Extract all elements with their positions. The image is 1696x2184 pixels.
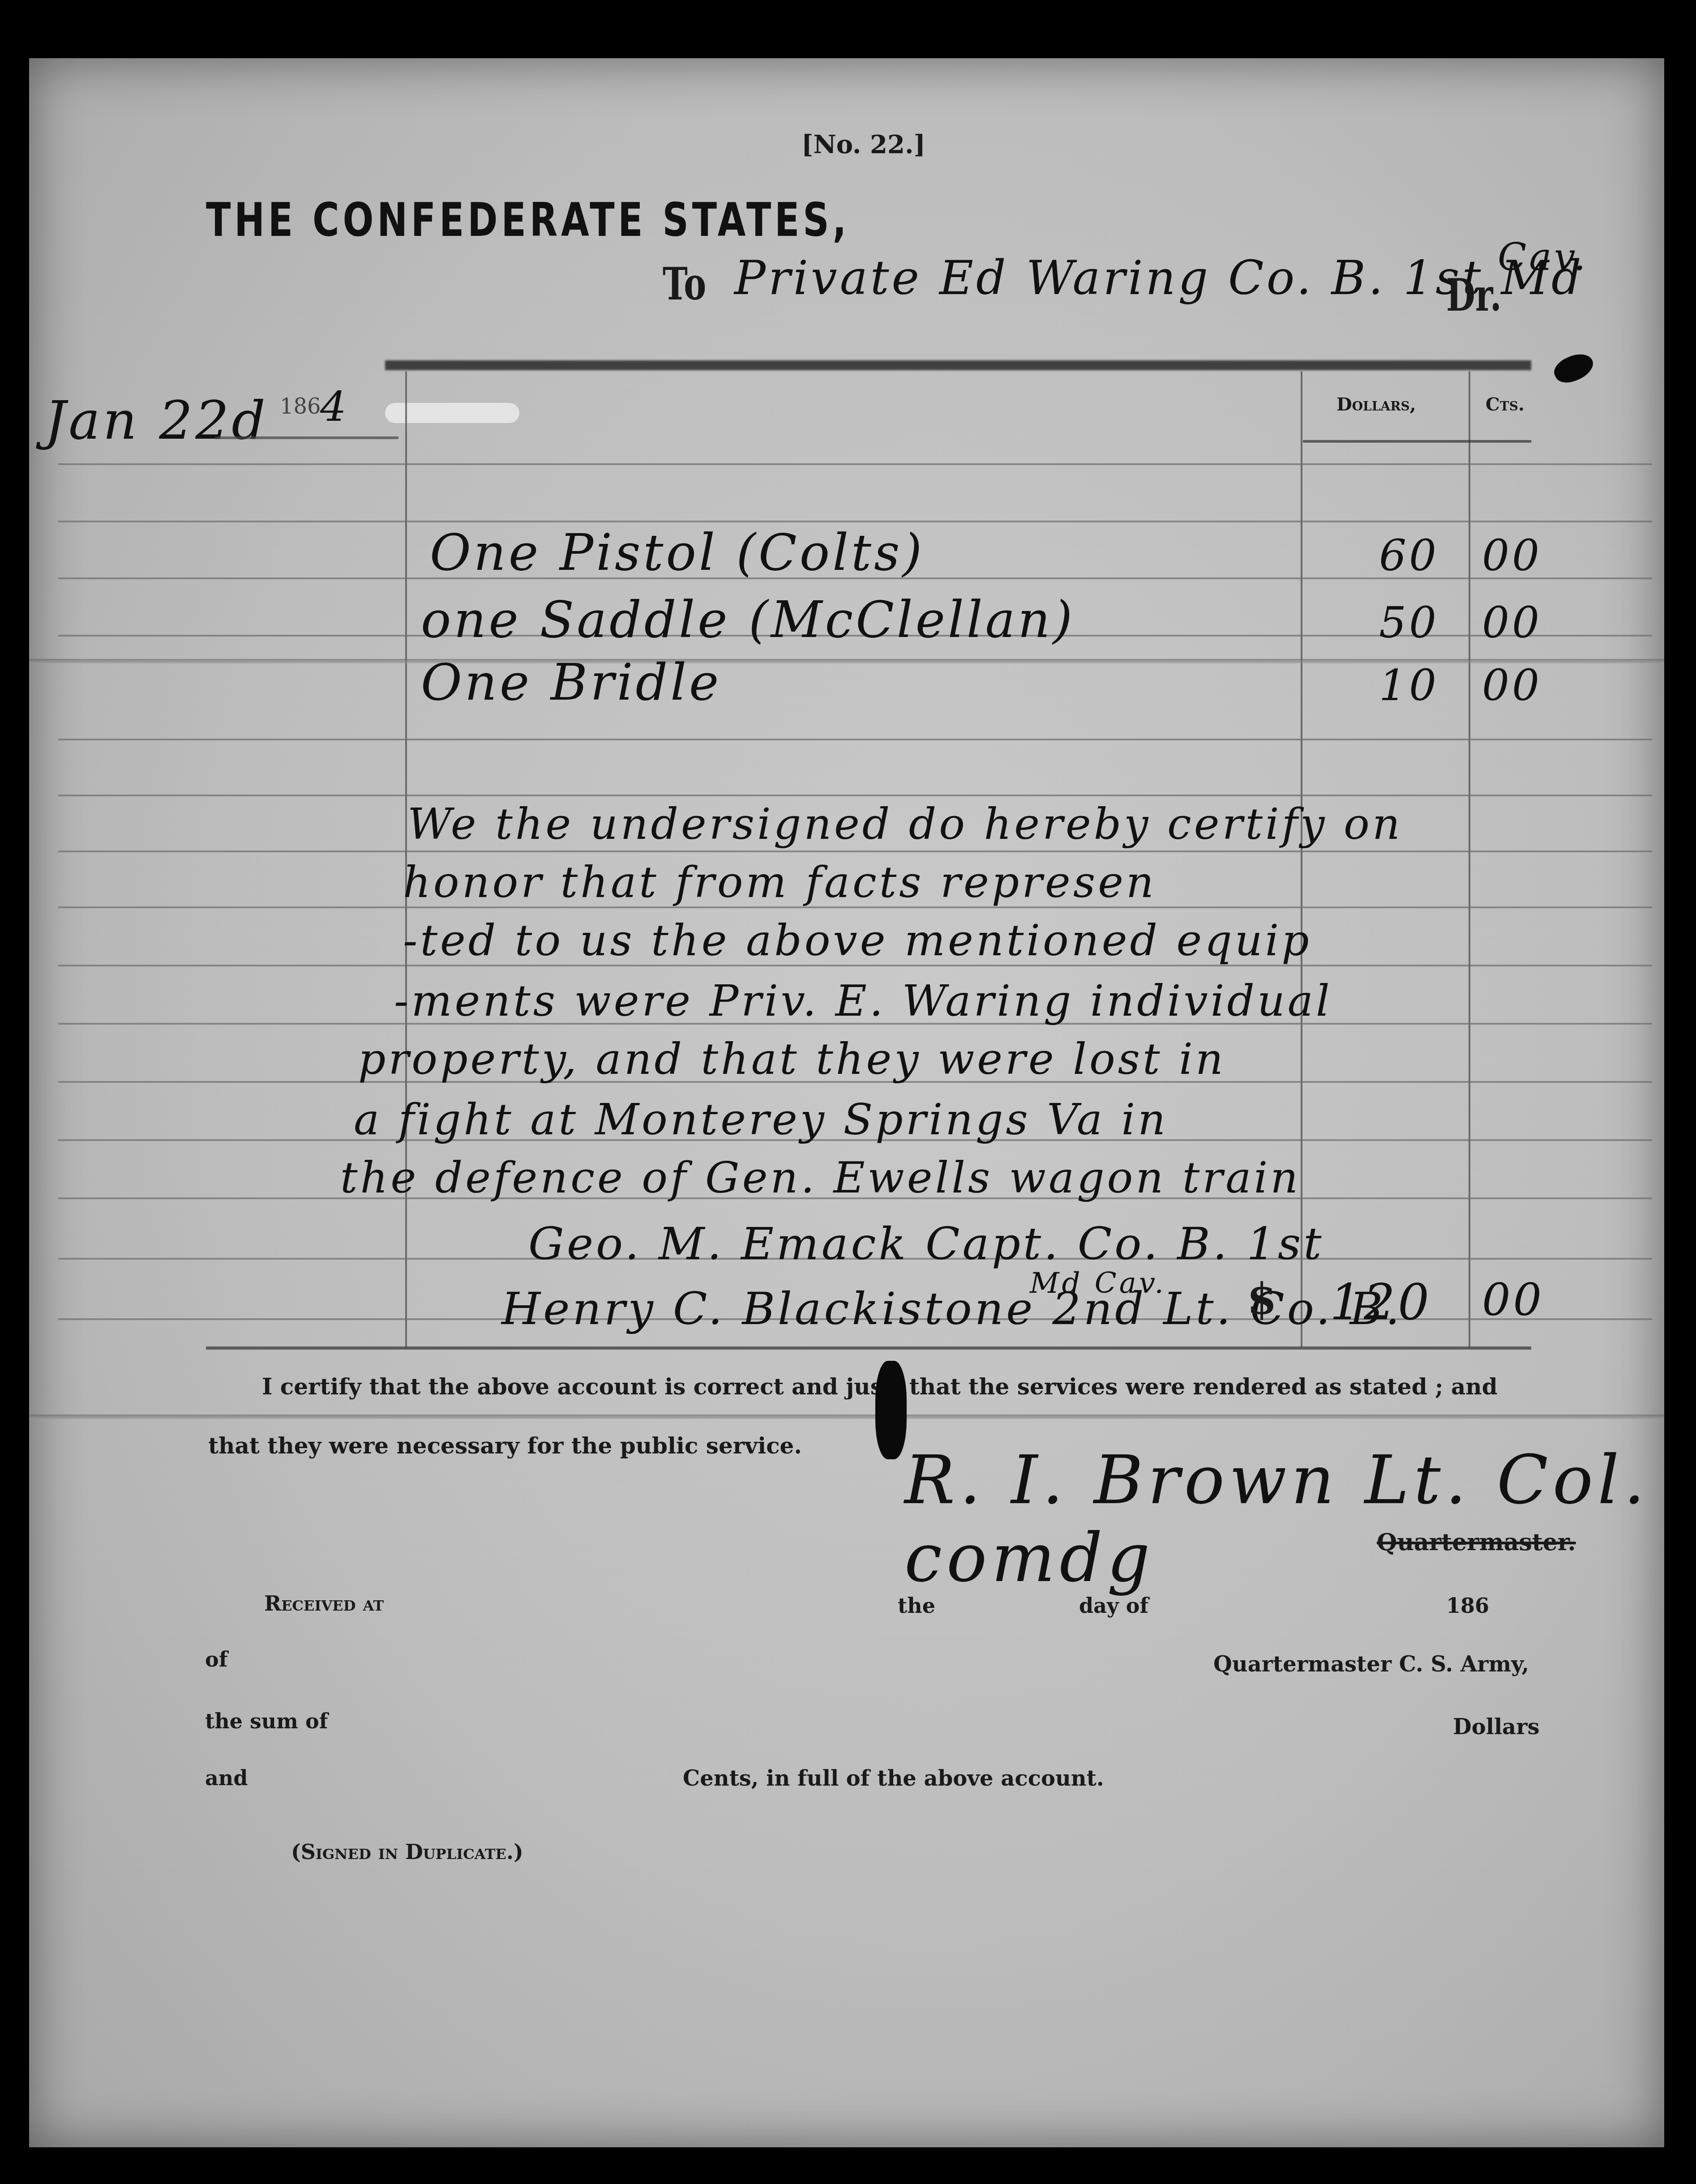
certification-line: We the undersigned do hereby certify on <box>407 799 1403 849</box>
certification-line: property, and that they were lost in <box>358 1034 1226 1084</box>
column-line-dollars <box>1301 372 1302 1347</box>
item-description: One Pistol (Colts) <box>430 524 925 582</box>
commanding-officer-signature: R. I. Brown Lt. Col. comdg <box>904 1441 1696 1597</box>
item-dollars: 60 <box>1379 530 1439 581</box>
certification-line: -ted to us the above mentioned equip <box>403 915 1312 966</box>
sum-of-label: the sum of <box>205 1709 328 1733</box>
total-dollars: 120 <box>1330 1274 1432 1331</box>
header-dollars: Dollars, <box>1336 394 1416 415</box>
item-description: One Bridle <box>421 654 721 712</box>
document-heading: THE CONFEDERATE STATES, <box>206 192 850 247</box>
column-line-cents <box>1469 372 1470 1347</box>
certification-line: the defence of Gen. Ewells wagon train <box>340 1153 1301 1203</box>
item-dollars: 10 <box>1379 660 1439 710</box>
signature-captain: Geo. M. Emack Capt. Co. B. 1st <box>528 1218 1324 1270</box>
signed-in-duplicate-label: (Signed in Duplicate.) <box>291 1840 523 1864</box>
certification-line: a fight at Monterey Springs Va in <box>354 1094 1168 1145</box>
of-label: of <box>205 1647 227 1671</box>
to-label: To <box>663 257 706 310</box>
table-bottom-rule <box>206 1346 1531 1350</box>
item-cents: 00 <box>1482 598 1542 648</box>
the-label: the <box>898 1594 935 1618</box>
certify-line-2: that they were necessary for the public … <box>208 1432 802 1459</box>
date-rule <box>215 436 398 439</box>
fold-line <box>29 1415 1664 1419</box>
dollars-label: Dollars <box>1453 1714 1540 1740</box>
year-handwritten: 4 <box>320 383 349 431</box>
total-cents: 00 <box>1482 1274 1544 1326</box>
certification-line: honor that from facts represen <box>403 857 1156 907</box>
quartermaster-title-struck: Quartermaster. <box>1377 1529 1576 1556</box>
cents-in-full-label: Cents, in full of the above account. <box>683 1766 1104 1791</box>
and-label: and <box>205 1766 248 1790</box>
item-cents: 00 <box>1482 530 1542 581</box>
header-rule <box>385 360 1531 370</box>
receipt-year-label: 186 <box>1446 1594 1489 1618</box>
item-description: one Saddle (McClellan) <box>421 591 1075 649</box>
header-underline <box>1303 440 1531 443</box>
date-handwritten: Jan 22d <box>45 389 268 451</box>
item-cents: 00 <box>1482 660 1542 710</box>
quartermaster-label: Quartermaster C. S. Army, <box>1213 1652 1529 1677</box>
header-cents: Cts. <box>1486 394 1525 415</box>
received-at-label: Received at <box>264 1591 384 1616</box>
form-number: [No. 22.] <box>801 130 925 159</box>
payee-superscript: Cav. <box>1498 235 1589 279</box>
day-of-label: day of <box>1079 1594 1148 1618</box>
debtor-label: Dr. <box>1446 269 1502 321</box>
item-dollars: 50 <box>1379 598 1439 648</box>
total-dollar-sign: $ <box>1247 1274 1277 1324</box>
ink-blot <box>875 1361 907 1459</box>
certification-line: -ments were Priv. E. Waring individual <box>394 976 1332 1026</box>
year-printed: 186 <box>280 394 321 419</box>
